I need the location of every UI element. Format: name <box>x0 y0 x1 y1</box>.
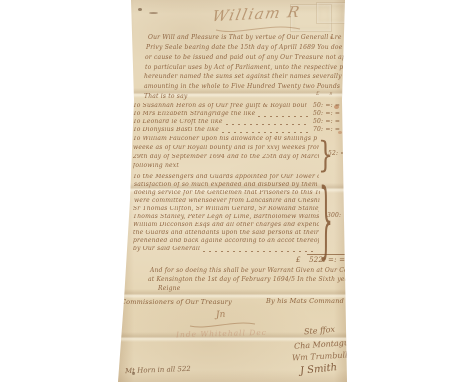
item-amount: 50: =: = <box>313 102 349 109</box>
total-row: £ 522: =: = <box>296 256 347 264</box>
foxing-spot <box>330 36 333 39</box>
ink-speck <box>149 12 158 14</box>
signature: J Smith <box>300 362 338 377</box>
item-amount: 70: =: = <box>313 126 349 133</box>
body-line: amounting in the whole to Five Hundred T… <box>144 84 340 90</box>
group-b-line: Thomas Stanley, Peter Legh of Lime, Bart… <box>133 214 319 220</box>
dotted-leader <box>222 129 310 133</box>
group-b-line: satisfaction of so much expended and dis… <box>134 182 320 188</box>
body-line: Our Will and Pleasure is That by vertue … <box>148 35 350 41</box>
lsd-column-header: £ s d <box>316 91 346 97</box>
that-is-to-say: That is to say <box>144 94 187 100</box>
body-line: hereunder named the sums set against the… <box>144 74 371 80</box>
group-b-amount: 300: =: = <box>327 212 358 219</box>
item-text: To Dionysius Basti the like <box>133 127 219 133</box>
pounds-symbol: £ <box>296 256 301 264</box>
group-b-line: Sr Thomas Clifton, Sr William Gerard, Sr… <box>133 206 319 212</box>
item-text: To Mrs Elizabeth Strangridge the like <box>133 111 255 117</box>
treasury-office-label: Commissioners of Our Treasury <box>121 298 232 306</box>
list-item: To Susannah Heron as of Our free guift &… <box>133 102 349 109</box>
group-a-line: 29th day of September 1694 and to the 25… <box>133 154 319 160</box>
group-b-line: by Our said Generall <box>133 246 200 252</box>
group-a-line: weeke as of Our Royall bounty and is for… <box>133 145 319 151</box>
group-b-line: the Guards and attendants upon the said … <box>133 230 319 236</box>
group-b-line: doeing service for the Gentlemen that Pr… <box>134 190 320 196</box>
group-b-last-line: by Our said Generall <box>133 246 319 252</box>
group-b-line: were committed whensoever from Lancashir… <box>134 198 320 204</box>
closing-line: And for so doeing this shall be your War… <box>150 268 358 274</box>
command-label: By his Mats Command <box>266 297 344 305</box>
dotted-leader <box>258 113 310 117</box>
pounds-symbol: £ <box>316 91 320 97</box>
foxing-spot <box>338 131 342 134</box>
ink-speck <box>138 8 142 11</box>
foxing-spot <box>334 105 339 109</box>
signature-flourish-icon <box>214 24 304 34</box>
group-b-line: prehended and back againe according to a… <box>133 238 319 244</box>
list-item: To Dionysius Basti the like 70: =: = <box>133 126 349 133</box>
item-amount: 50: =: = <box>313 110 349 117</box>
total-amount: 522: =: = <box>307 254 347 264</box>
signature: Wm Trumbull <box>292 351 348 363</box>
dotted-leader <box>203 248 316 252</box>
item-text: To Leonard le Croft the like <box>133 119 223 125</box>
list-item: To Mrs Elizabeth Strangridge the like 50… <box>133 110 349 117</box>
photo-background: William R Our Will and Pleasure is That … <box>0 0 468 382</box>
item-text: To Susannah Heron as of Our free guift &… <box>133 103 307 109</box>
royal-signature: William R <box>211 3 303 26</box>
group-a-line: following next <box>133 163 319 169</box>
list-item: To Leonard le Croft the like 50: =: = <box>133 118 349 125</box>
pence-symbol: d <box>342 91 346 97</box>
shillings-symbol: s <box>329 91 332 97</box>
closing-line: Reigne <box>158 286 180 292</box>
group-b-line: To the Messengers and Guards appointed f… <box>133 174 319 180</box>
item-amount: 50: =: = <box>313 118 349 125</box>
manuscript-sheet: William R Our Will and Pleasure is That … <box>118 0 348 382</box>
group-a-line: To William Fauconer upon his allowance o… <box>133 136 319 142</box>
closing-line: at Kensington the 1st day of February 16… <box>148 277 378 283</box>
ink-speck <box>132 372 135 375</box>
body-line: to particular uses by Act of Parliament,… <box>145 65 365 71</box>
group-a-amount: 52: =: = <box>328 150 355 157</box>
body-line: or cause to be issued and paid out of an… <box>145 55 380 61</box>
body-line: Privy Seale bearing date the 15th day of… <box>146 45 389 51</box>
group-b-line: William Dicconson Esqs and all other cha… <box>133 222 319 228</box>
dotted-leader <box>226 121 310 125</box>
